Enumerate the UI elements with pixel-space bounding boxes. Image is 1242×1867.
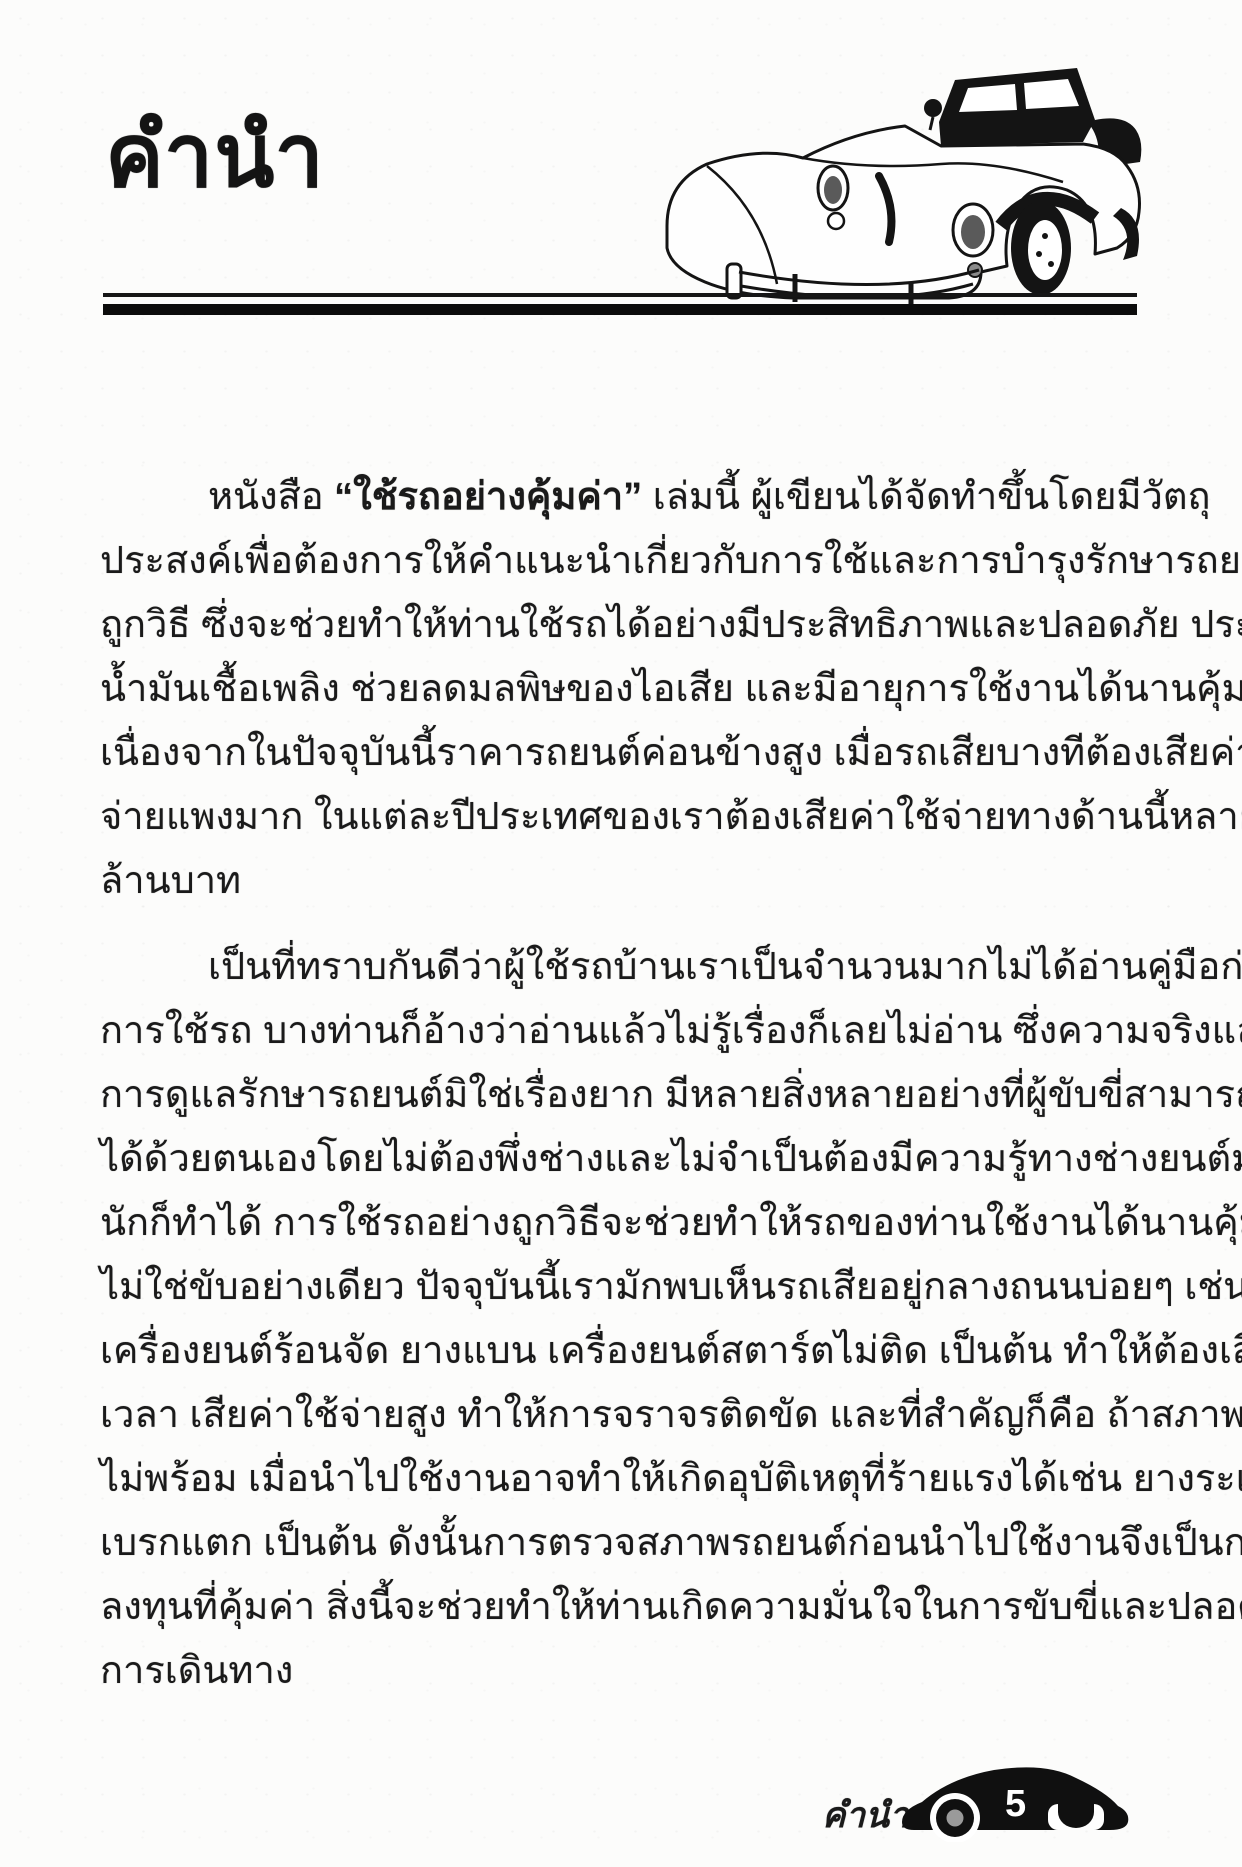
scanned-book-page: คำนำ xyxy=(0,0,1242,1867)
book-title: “ใช้รถอย่างคุ้มค่า” xyxy=(334,476,642,518)
footer-car-icon: 5 xyxy=(898,1760,1134,1842)
text-line: เครื่องยนต์ร้อนจัด ยางแบน เครื่องยนต์สตา… xyxy=(100,1319,1137,1383)
paragraph-1: หนังสือ “ใช้รถอย่างคุ้มค่า” เล่มนี้ ผู้เ… xyxy=(100,465,1137,913)
text-line: การใช้รถ บางท่านก็อ้างว่าอ่านแล้วไม่รู้เ… xyxy=(100,999,1137,1063)
divider-thick-rule xyxy=(103,304,1137,315)
text-line: ได้ด้วยตนเองโดยไม่ต้องพึ่งช่างและไม่จำเป… xyxy=(100,1127,1137,1191)
line-suffix: เล่มนี้ ผู้เขียนได้จัดทำขึ้นโดยมีวัตถุ xyxy=(653,476,1211,518)
text-line: การดูแลรักษารถยนต์มิใช่เรื่องยาก มีหลายส… xyxy=(100,1063,1137,1127)
text-line: เวลา เสียค่าใช้จ่ายสูง ทำให้การจราจรติดข… xyxy=(100,1383,1137,1447)
line-prefix: หนังสือ xyxy=(208,476,324,518)
text-line: ไม่พร้อม เมื่อนำไปใช้งานอาจทำให้เกิดอุบั… xyxy=(100,1447,1137,1511)
text-line: เบรกแตก เป็นต้น ดังนั้นการตรวจสภาพรถยนต์… xyxy=(100,1511,1137,1575)
section-divider xyxy=(103,293,1137,315)
paragraph-2: เป็นที่ทราบกันดีว่าผู้ใช้รถบ้านเราเป็นจำ… xyxy=(100,935,1137,1703)
page-number: 5 xyxy=(1005,1783,1026,1825)
text-line: ล้านบาท xyxy=(100,849,1137,913)
page-title: คำนำ xyxy=(105,112,325,200)
text-line: เป็นที่ทราบกันดีว่าผู้ใช้รถบ้านเราเป็นจำ… xyxy=(100,935,1137,999)
vintage-car-illustration xyxy=(643,58,1148,308)
preface-text: หนังสือ “ใช้รถอย่างคุ้มค่า” เล่มนี้ ผู้เ… xyxy=(100,465,1137,1703)
text-line: น้ำมันเชื้อเพลิง ช่วยลดมลพิษของไอเสีย แล… xyxy=(100,657,1137,721)
text-line: นักก็ทำได้ การใช้รถอย่างถูกวิธีจะช่วยทำใ… xyxy=(100,1191,1137,1255)
text-line: การเดินทาง xyxy=(100,1639,1137,1703)
text-line: ลงทุนที่คุ้มค่า สิ่งนี้จะช่วยทำให้ท่านเก… xyxy=(100,1575,1137,1639)
footer-chapter-label: คำนำ xyxy=(822,1788,909,1843)
text-line: จ่ายแพงมาก ในแต่ละปีประเทศของเราต้องเสีย… xyxy=(100,785,1137,849)
text-line: ประสงค์เพื่อต้องการให้คำแนะนำเกี่ยวกับกา… xyxy=(100,529,1137,593)
text-line: เนื่องจากในปัจจุบันนี้ราคารถยนต์ค่อนข้าง… xyxy=(100,721,1137,785)
text-line: ถูกวิธี ซึ่งจะช่วยทำให้ท่านใช้รถได้อย่าง… xyxy=(100,593,1137,657)
text-line: ไม่ใช่ขับอย่างเดียว ปัจจุบันนี้เรามักพบเ… xyxy=(100,1255,1137,1319)
text-line: หนังสือ “ใช้รถอย่างคุ้มค่า” เล่มนี้ ผู้เ… xyxy=(100,465,1137,529)
